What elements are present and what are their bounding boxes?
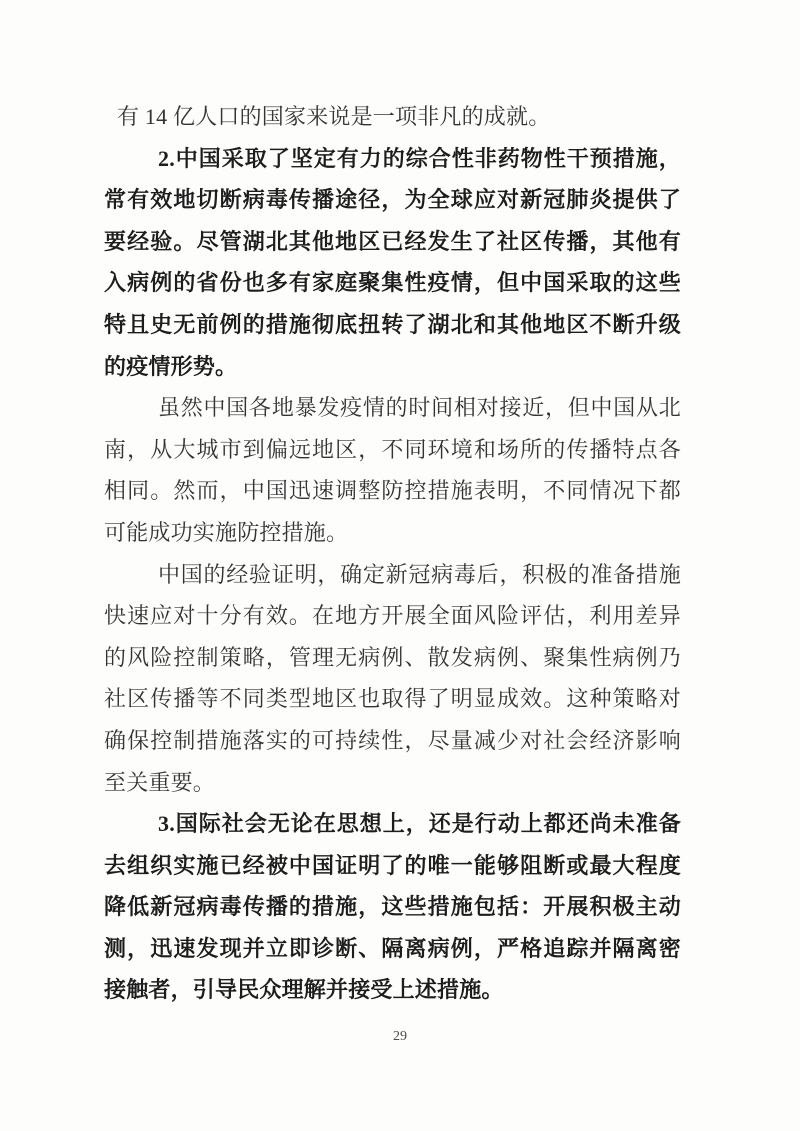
text-line: 南，从大城市到偏远地区，不同环境和场所的传播特点各不 — [104, 429, 681, 471]
text-line: 要经验。尽管湖北其他地区已经发生了社区传播，其他有输 — [104, 221, 681, 263]
page-number: 29 — [0, 1027, 800, 1047]
text-line: 社区传播等不同类型地区也取得了明显成效。这种策略对于 — [104, 678, 681, 720]
text-line: 接触者，引导民众理解并接受上述措施。 — [104, 969, 681, 1011]
text-line: 2.中国采取了坚定有力的综合性非药物性干预措施，非 — [104, 138, 681, 180]
text-line: 3.国际社会无论在思想上，还是行动上都还尚未准备好 — [104, 803, 681, 845]
text-line: 确保控制措施落实的可持续性，尽量减少对社会经济影响都 — [104, 720, 681, 762]
text-line: 有 14 亿人口的国家来说是一项非凡的成就。 — [104, 96, 681, 138]
text-line: 中国的经验证明，确定新冠病毒后，积极的准备措施和 — [104, 554, 681, 596]
text-line: 降低新冠病毒传播的措施，这些措施包括：开展积极主动监 — [104, 886, 681, 928]
paragraph-point-3: 3.国际社会无论在思想上，还是行动上都还尚未准备好去组织实施已经被中国证明了的唯… — [104, 803, 681, 1011]
text-line: 相同。然而，中国迅速调整防控措施表明，不同情况下都有 — [104, 470, 681, 512]
paragraph-continuation: 有 14 亿人口的国家来说是一项非凡的成就。 — [104, 96, 681, 138]
document-page: 有 14 亿人口的国家来说是一项非凡的成就。2.中国采取了坚定有力的综合性非药物… — [0, 0, 800, 1131]
paragraph-regional-variation: 虽然中国各地暴发疫情的时间相对接近，但中国从北到南，从大城市到偏远地区，不同环境… — [104, 387, 681, 553]
text-line: 至关重要。 — [104, 762, 681, 804]
paragraph-china-experience: 中国的经验证明，确定新冠病毒后，积极的准备措施和快速应对十分有效。在地方开展全面… — [104, 554, 681, 804]
text-line: 的风险控制策略，管理无病例、散发病例、聚集性病例乃至 — [104, 637, 681, 679]
text-line: 特且史无前例的措施彻底扭转了湖北和其他地区不断升级 — [104, 304, 681, 346]
paragraph-point-2: 2.中国采取了坚定有力的综合性非药物性干预措施，非常有效地切断病毒传播途径，为全… — [104, 138, 681, 388]
text-line: 的疫情形势。 — [104, 346, 681, 388]
text-line: 常有效地切断病毒传播途径，为全球应对新冠肺炎提供了重 — [104, 179, 681, 221]
text-line: 入病例的省份也多有家庭聚集性疫情，但中国采取的这些独 — [104, 262, 681, 304]
text-line: 可能成功实施防控措施。 — [104, 512, 681, 554]
text-line: 测，迅速发现并立即诊断、隔离病例，严格追踪并隔离密切 — [104, 928, 681, 970]
text-line: 虽然中国各地暴发疫情的时间相对接近，但中国从北到 — [104, 387, 681, 429]
text-line: 快速应对十分有效。在地方开展全面风险评估，利用差异化 — [104, 595, 681, 637]
text-line: 去组织实施已经被中国证明了的唯一能够阻断或最大程度 — [104, 845, 681, 887]
document-text-block: 有 14 亿人口的国家来说是一项非凡的成就。2.中国采取了坚定有力的综合性非药物… — [104, 96, 681, 1011]
